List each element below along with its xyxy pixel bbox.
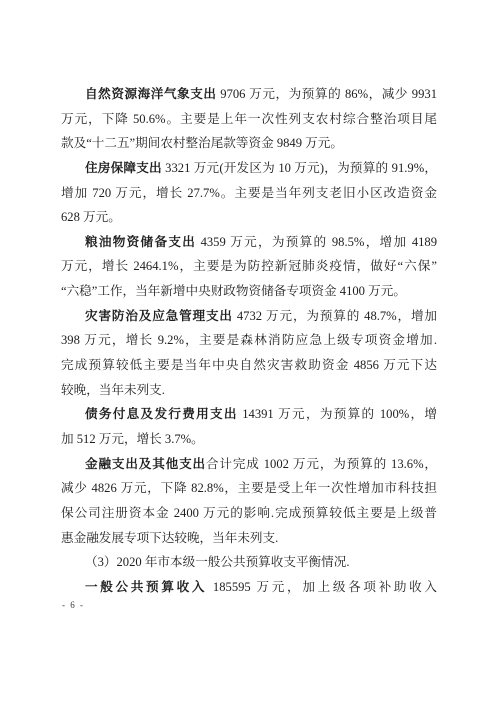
- text-line: 住房保障支出 3321 万元(开发区为 10 万元)，为预算的 91.9%，: [61, 156, 437, 181]
- line-text: 9706 万元，为预算的 86%，减少 9931: [217, 87, 437, 101]
- text-line: 惠金融发展专项下达较晚，当年未列支.: [61, 526, 437, 551]
- text-line: 金融支出及其他支出合计完成 1002 万元，为预算的 13.6%，: [61, 452, 437, 477]
- text-line: 自然资源海洋气象支出 9706 万元，为预算的 86%，减少 9931: [61, 82, 437, 107]
- paragraph-lead: 住房保障支出: [85, 161, 162, 175]
- paragraph-natural-resources-expenditure: 自然资源海洋气象支出 9706 万元，为预算的 86%，减少 9931 万元，下…: [61, 82, 437, 156]
- paragraph-lead: 债务付息及发行费用支出: [85, 407, 238, 421]
- text-line: 灾害防治及应急管理支出 4732 万元，为预算的 48.7%，增加: [61, 304, 437, 329]
- text-line: “六稳”工作，当年新增中央财政物资储备专项资金 4100 万元。: [61, 279, 437, 304]
- text-line: 一般公共预算收入 185595 万元，加上级各项补助收入: [61, 575, 437, 600]
- paragraph-lead: 一般公共预算收入: [85, 580, 207, 594]
- paragraph-finance-other-expenditure: 金融支出及其他支出合计完成 1002 万元，为预算的 13.6%， 减少 482…: [61, 452, 437, 551]
- paragraph-budget-balance-heading: （3）2020 年市本级一般公共预算收支平衡情况.: [61, 550, 437, 575]
- line-text: 3321 万元(开发区为 10 万元)，为预算的 91.9%，: [162, 161, 437, 175]
- text-line: （3）2020 年市本级一般公共预算收支平衡情况.: [61, 550, 437, 575]
- text-line: 保公司注册资本金 2400 万元的影响.完成预算较低主要是上级普: [61, 501, 437, 526]
- text-line: 减少 4826 万元，下降 82.8%，主要是受上年一次性增加市科技担: [61, 476, 437, 501]
- line-text: 合计完成 1002 万元，为预算的 13.6%，: [206, 457, 437, 471]
- paragraph-lead: 金融支出及其他支出: [85, 457, 206, 471]
- paragraph-debt-interest-expenditure: 债务付息及发行费用支出 14391 万元，为预算的 100%，增 加 512 万…: [61, 402, 437, 451]
- text-line: 万元，下降 50.6%。主要是上年一次性列支农村综合整治项目尾: [61, 107, 437, 132]
- paragraph-disaster-prevention-expenditure: 灾害防治及应急管理支出 4732 万元，为预算的 48.7%，增加 398 万元…: [61, 304, 437, 403]
- paragraph-lead: 灾害防治及应急管理支出: [85, 309, 233, 323]
- line-text: 4732 万元，为预算的 48.7%，增加: [233, 309, 437, 323]
- text-line: 398 万元，增长 9.2%，主要是森林消防应急上级专项资金增加.: [61, 328, 437, 353]
- text-line: 加 512 万元，增长 3.7%。: [61, 427, 437, 452]
- document-page: 自然资源海洋气象支出 9706 万元，为预算的 86%，减少 9931 万元，下…: [0, 0, 496, 701]
- text-line: 628 万元。: [61, 205, 437, 230]
- paragraph-lead: 自然资源海洋气象支出: [85, 87, 217, 101]
- text-line: 万元，增长 2464.1%，主要是为防控新冠肺炎疫情，做好“六保”: [61, 254, 437, 279]
- text-line: 增加 720 万元，增长 27.7%。主要是当年列支老旧小区改造资金: [61, 181, 437, 206]
- line-text: 185595 万元，加上级各项补助收入: [207, 580, 437, 594]
- paragraph-housing-security-expenditure: 住房保障支出 3321 万元(开发区为 10 万元)，为预算的 91.9%， 增…: [61, 156, 437, 230]
- text-line: 款及“十二五”期间农村整治尾款等资金 9849 万元。: [61, 131, 437, 156]
- text-line: 粮油物资储备支出 4359 万元，为预算的 98.5%，增加 4189: [61, 230, 437, 255]
- text-line: 完成预算较低主要是当年中央自然灾害救助资金 4856 万元下达: [61, 353, 437, 378]
- page-number: - 6 -: [62, 600, 85, 610]
- line-text: 14391 万元，为预算的 100%，增: [238, 407, 437, 421]
- text-line: 债务付息及发行费用支出 14391 万元，为预算的 100%，增: [61, 402, 437, 427]
- paragraph-lead: 粮油物资储备支出: [85, 235, 196, 249]
- document-body: 自然资源海洋气象支出 9706 万元，为预算的 86%，减少 9931 万元，下…: [61, 82, 437, 599]
- text-line: 较晚，当年未列支.: [61, 378, 437, 403]
- paragraph-general-budget-revenue: 一般公共预算收入 185595 万元，加上级各项补助收入: [61, 575, 437, 600]
- paragraph-grain-reserves-expenditure: 粮油物资储备支出 4359 万元，为预算的 98.5%，增加 4189 万元，增…: [61, 230, 437, 304]
- line-text: 4359 万元，为预算的 98.5%，增加 4189: [196, 235, 437, 249]
